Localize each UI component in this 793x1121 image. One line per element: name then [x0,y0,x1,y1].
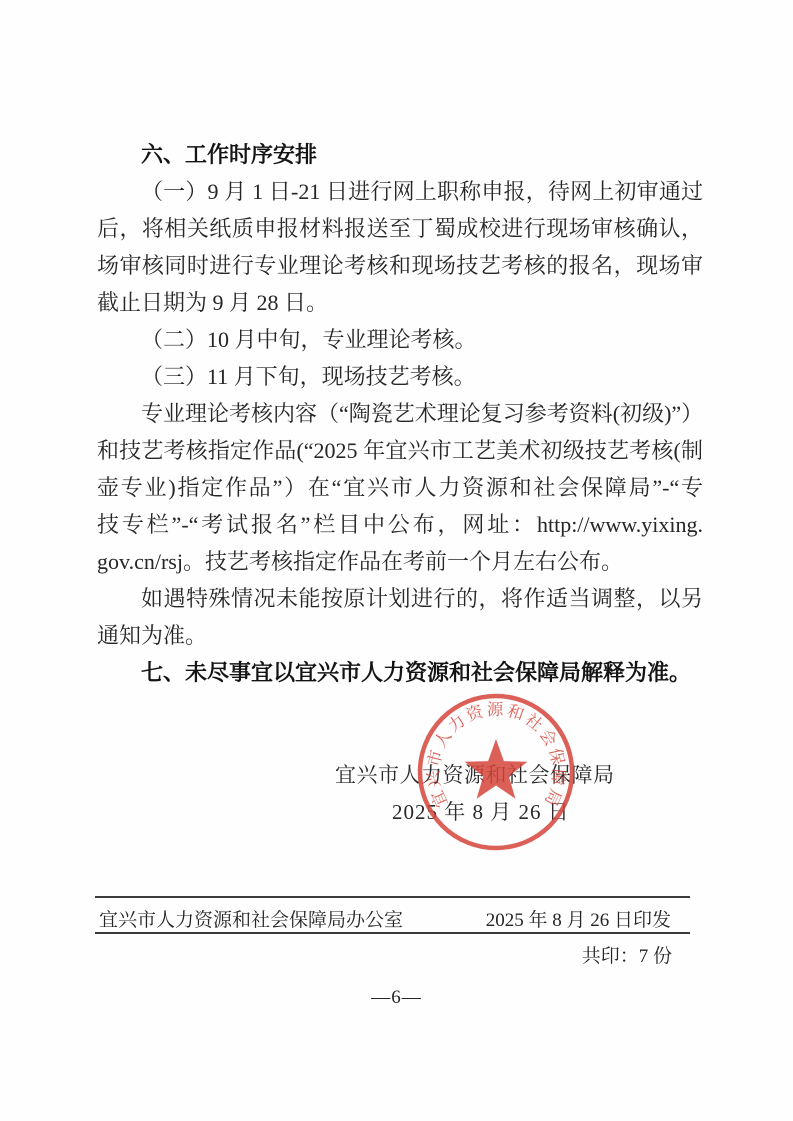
paragraph-line: 和技艺考核指定作品(“2025 年宜兴市工艺美术初级技艺考核(制 [97,432,703,469]
svg-text:宜兴市人力资源和社会保障局: 宜兴市人力资源和社会保障局 [423,700,568,811]
paragraph-line: 后，将相关纸质申报材料报送至丁蜀成校进行现场审核确认，现 [97,210,703,247]
footer-rule-top [95,896,690,898]
footer-print-date: 2025 年 8 月 26 日印发 [486,905,671,932]
signature-date: 2025 年 8 月 26 日 [392,796,570,826]
footer-copies: 共印：7 份 [97,941,672,968]
seal-ring-text: 宜兴市人力资源和社会保障局 [423,700,568,811]
paragraph-line: 如遇特殊情况未能按原计划进行的，将作适当调整，以另行 [97,580,703,617]
document-body: 六、工作时序安排 （一）9 月 1 日-21 日进行网上职称申报，待网上初审通过… [97,136,703,691]
section-heading-7: 七、未尽事宜以宜兴市人力资源和社会保障局解释为准。 [97,654,703,691]
paragraph-line: 技专栏”-“考试报名”栏目中公布，网址：http://www.yixing. [97,506,703,543]
document-page: 六、工作时序安排 （一）9 月 1 日-21 日进行网上职称申报，待网上初审通过… [0,0,793,1121]
paragraph-line: 截止日期为 9 月 28 日。 [97,284,703,321]
paragraph-line: 场审核同时进行专业理论考核和现场技艺考核的报名，现场审核 [97,247,703,284]
paragraph-line: 专业理论考核内容（“陶瓷艺术理论复习参考资料(初级)”） [97,395,703,432]
paragraph-line: （三）11 月下旬，现场技艺考核。 [97,358,703,395]
paragraph-line: 壶专业)指定作品”）在“宜兴市人力资源和社会保障局”-“专 [97,469,703,506]
paragraph-line: （二）10 月中旬，专业理论考核。 [97,321,703,358]
paragraph-line: gov.cn/rsj。技艺考核指定作品在考前一个月左右公布。 [97,543,703,580]
paragraph-line: 通知为准。 [97,617,703,654]
footer-rule-bottom [95,932,690,934]
paragraph-line: （一）9 月 1 日-21 日进行网上职称申报，待网上初审通过 [97,173,703,210]
footer-office: 宜兴市人力资源和社会保障局办公室 [99,905,403,932]
signature-org: 宜兴市人力资源和社会保障局 [335,759,615,789]
page-number: —6— [0,987,793,1009]
section-heading-6: 六、工作时序安排 [97,136,703,173]
